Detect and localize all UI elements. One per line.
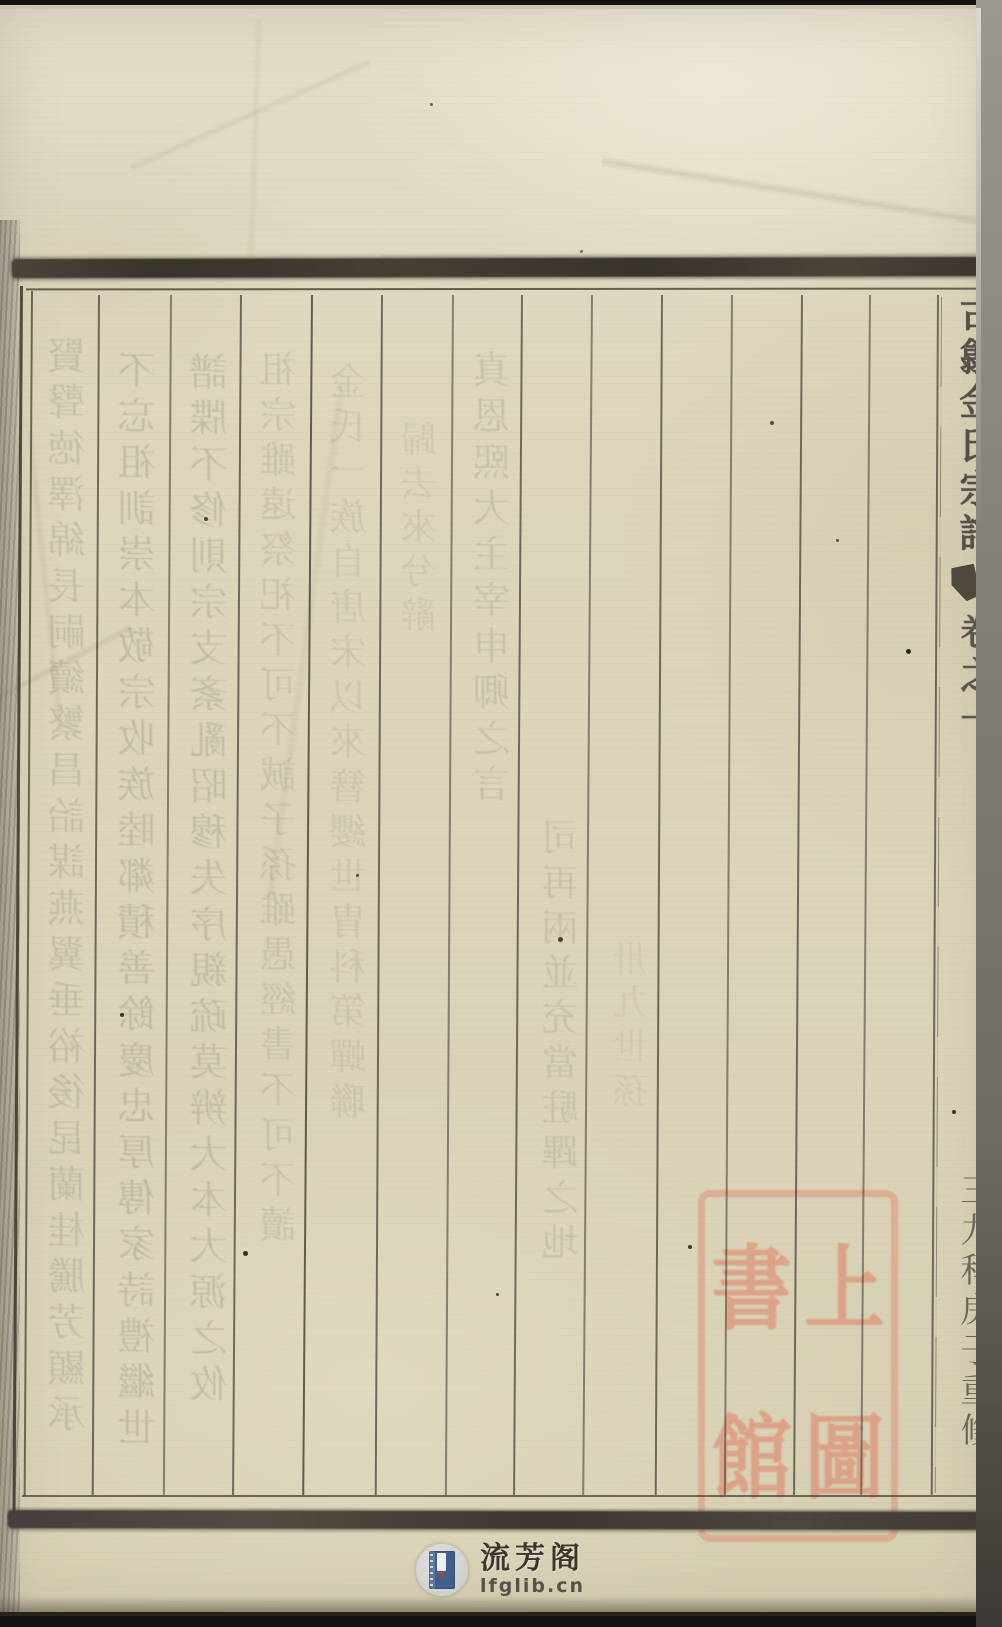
column-grid-line — [655, 295, 663, 1495]
watermark-badge — [416, 1544, 468, 1596]
site-name: 流芳阁 — [480, 1544, 585, 1574]
column-grid-line — [232, 295, 241, 1495]
column-grid-line — [582, 295, 592, 1495]
site-url: lfglib.cn — [480, 1577, 585, 1596]
column-grid-line — [163, 295, 172, 1495]
book-label — [437, 1553, 446, 1571]
frame-top-rule — [26, 288, 978, 291]
column-grid-line — [860, 295, 870, 1495]
page-frame — [0, 0, 1002, 1627]
column-grid-line — [445, 295, 454, 1495]
frame-bottom-rule — [22, 1495, 980, 1497]
thread-bound-book-icon — [429, 1551, 455, 1589]
frame-top-band — [12, 257, 984, 278]
page-right-edge — [976, 0, 1002, 1627]
column-grid-line — [724, 295, 733, 1495]
frame-left-border-outer — [12, 286, 23, 1518]
column-grid-line — [92, 295, 100, 1495]
column-grid-line — [793, 295, 802, 1495]
column-grid-line — [302, 295, 313, 1495]
page-bottom-shadow — [0, 1596, 1002, 1616]
scanned-book-page: 賢聲徳澤綿長嗣續繁昌詒謀燕翼垂裕後昆蘭桂騰芳顯承不忘祖訓崇本敬宗收族睦鄰積善餘慶… — [0, 0, 1002, 1627]
book-seal-dot — [439, 1572, 444, 1577]
column-grid-line — [375, 295, 383, 1495]
frame-bottom-band — [8, 1510, 988, 1530]
column-grid-line — [513, 295, 522, 1495]
watermark: 流芳阁 lfglib.cn — [416, 1544, 585, 1596]
frame-left-border-inner — [24, 291, 33, 1496]
